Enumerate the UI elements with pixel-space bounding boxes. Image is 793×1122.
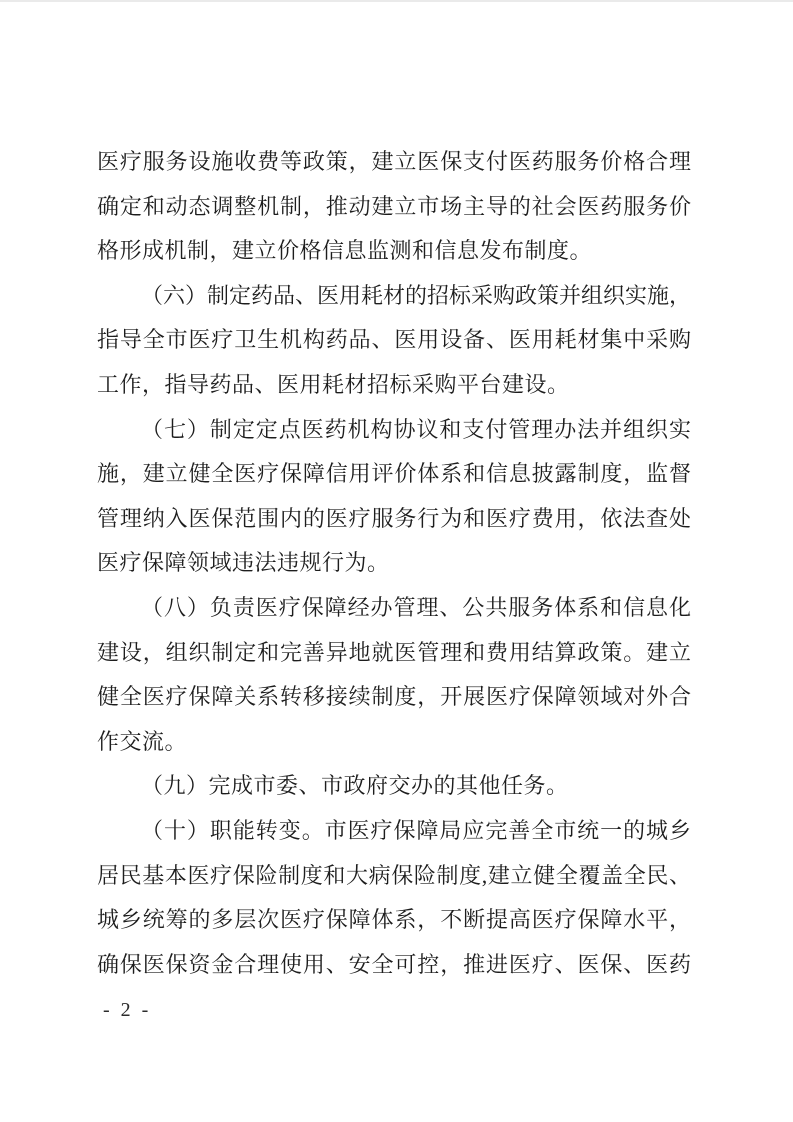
text-line: 居民基本医疗保险制度和大病保险制度,建立健全覆盖全民、 bbox=[97, 854, 691, 899]
text-line: （九）完成市委、市政府交办的其他任务。 bbox=[97, 764, 691, 809]
paragraph-item-9: （九）完成市委、市政府交办的其他任务。 bbox=[97, 764, 691, 809]
page-number: - 2 - bbox=[103, 999, 149, 1021]
text-line: 格形成机制，建立价格信息监测和信息发布制度。 bbox=[97, 229, 691, 274]
text-line: （六）制定药品、医用耗材的招标采购政策并组织实施， bbox=[97, 274, 691, 319]
text-line: 作交流。 bbox=[97, 720, 691, 765]
text-line: （八）负责医疗保障经办管理、公共服务体系和信息化 bbox=[97, 586, 691, 631]
paragraph-continued: 医疗服务设施收费等政策，建立医保支付医药服务价格合理 确定和动态调整机制，推动建… bbox=[97, 140, 691, 274]
text-line: 指导全市医疗卫生机构药品、医用设备、医用耗材集中采购 bbox=[97, 318, 691, 363]
text-line: 建设，组织制定和完善异地就医管理和费用结算政策。建立 bbox=[97, 631, 691, 676]
text-line: （十）职能转变。市医疗保障局应完善全市统一的城乡 bbox=[97, 809, 691, 854]
text-line: 管理纳入医保范围内的医疗服务行为和医疗费用，依法查处 bbox=[97, 497, 691, 542]
paragraph-item-8: （八）负责医疗保障经办管理、公共服务体系和信息化 建设，组织制定和完善异地就医管… bbox=[97, 586, 691, 764]
paragraph-item-7: （七）制定定点医药机构协议和支付管理办法并组织实 施，建立健全医疗保障信用评价体… bbox=[97, 408, 691, 586]
text-line: 医疗保障领域违法违规行为。 bbox=[97, 541, 691, 586]
text-line: 确保医保资金合理使用、安全可控，推进医疗、医保、医药 bbox=[97, 943, 691, 988]
text-line: 医疗服务设施收费等政策，建立医保支付医药服务价格合理 bbox=[97, 140, 691, 185]
page-content: 医疗服务设施收费等政策，建立医保支付医药服务价格合理 确定和动态调整机制，推动建… bbox=[97, 140, 691, 987]
text-line: 确定和动态调整机制，推动建立市场主导的社会医药服务价 bbox=[97, 185, 691, 230]
text-line: 健全医疗保障关系转移接续制度，开展医疗保障领域对外合 bbox=[97, 675, 691, 720]
text-line: （七）制定定点医药机构协议和支付管理办法并组织实 bbox=[97, 408, 691, 453]
page-top-edge bbox=[0, 0, 793, 2]
text-line: 施，建立健全医疗保障信用评价体系和信息披露制度，监督 bbox=[97, 452, 691, 497]
document-page: 医疗服务设施收费等政策，建立医保支付医药服务价格合理 确定和动态调整机制，推动建… bbox=[0, 0, 793, 1122]
paragraph-item-10: （十）职能转变。市医疗保障局应完善全市统一的城乡 居民基本医疗保险制度和大病保险… bbox=[97, 809, 691, 987]
text-line: 城乡统筹的多层次医疗保障体系，不断提高医疗保障水平， bbox=[97, 898, 691, 943]
text-line: 工作，指导药品、医用耗材招标采购平台建设。 bbox=[97, 363, 691, 408]
paragraph-item-6: （六）制定药品、医用耗材的招标采购政策并组织实施， 指导全市医疗卫生机构药品、医… bbox=[97, 274, 691, 408]
